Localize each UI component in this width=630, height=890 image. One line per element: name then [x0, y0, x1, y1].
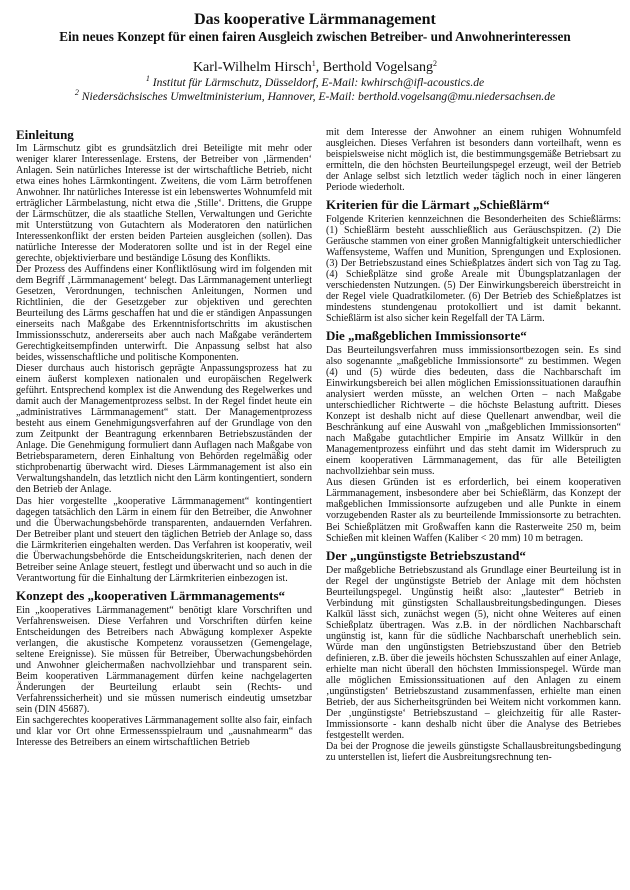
- section-heading-betriebszustand: Der „ungünstigste Betriebszustand“: [326, 548, 621, 564]
- paragraph: Da bei der Prognose die jeweils günstigs…: [326, 741, 621, 763]
- section-heading-kriterien: Kriterien für die Lärmart „Schießlärm“: [326, 197, 621, 213]
- paragraph: mit dem Interesse der Anwohner an einem …: [326, 127, 621, 193]
- paragraph: Im Lärmschutz gibt es grundsätzlich drei…: [16, 143, 312, 264]
- section-heading-konzept: Konzept des „kooperativen Lärmmanagement…: [16, 588, 312, 604]
- affiliation-text: Niedersächsisches Umweltministerium, Han…: [79, 90, 555, 103]
- paper-subtitle: Ein neues Konzept für einen fairen Ausgl…: [0, 29, 630, 45]
- affiliation: 1 Institut für Lärmschutz, Düsseldorf, E…: [0, 76, 630, 90]
- affiliation-text: Institut für Lärmschutz, Düsseldorf, E-M…: [150, 76, 484, 89]
- paragraph: Dieser durchaus auch historisch geprägte…: [16, 363, 312, 495]
- author-name: Berthold Vogelsang: [323, 60, 433, 75]
- author-name: Karl-Wilhelm Hirsch: [193, 60, 312, 75]
- paragraph: Das hier vorgestellte „kooperative Lärmm…: [16, 496, 312, 584]
- paragraph: Aus diesen Gründen ist es erforderlich, …: [326, 477, 621, 543]
- left-column: Einleitung Im Lärmschutz gibt es grundsä…: [16, 127, 312, 748]
- right-column: mit dem Interesse der Anwohner an einem …: [326, 127, 621, 763]
- paragraph: Der Prozess des Auffindens einer Konflik…: [16, 264, 312, 363]
- paper-title: Das kooperative Lärmmanagement: [0, 10, 630, 29]
- paragraph: Der maßgebliche Betriebszustand als Grun…: [326, 565, 621, 741]
- paragraph: Folgende Kriterien kennzeichnen die Beso…: [326, 214, 621, 324]
- paper-header: Das kooperative Lärmmanagement Ein neues…: [0, 0, 630, 104]
- author-affiliation-mark: 2: [433, 59, 437, 68]
- paragraph: Ein sachgerechtes kooperatives Lärmmanag…: [16, 715, 312, 748]
- author-separator: ,: [316, 60, 323, 75]
- section-heading-immissionsorte: Die „maßgeblichen Immissionsorte“: [326, 328, 621, 344]
- paragraph: Ein „kooperatives Lärmmanagement“ benöti…: [16, 605, 312, 715]
- author-list: Karl-Wilhelm Hirsch1, Berthold Vogelsang…: [0, 59, 630, 76]
- paragraph: Das Beurteilungsverfahren muss immission…: [326, 345, 621, 477]
- affiliation: 2 Niedersächsisches Umweltministerium, H…: [0, 90, 630, 104]
- section-heading-einleitung: Einleitung: [16, 127, 312, 143]
